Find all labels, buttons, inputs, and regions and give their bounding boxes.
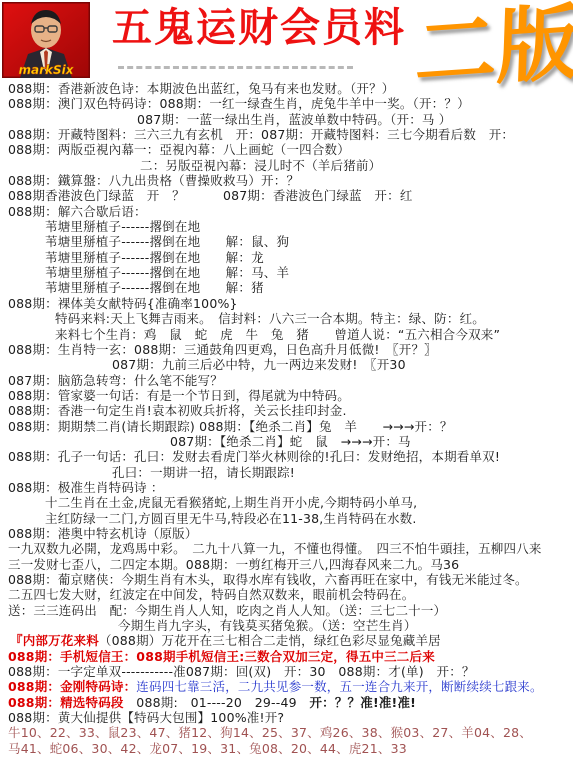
- text-segment: 088期: 01----20 29--49: [124, 695, 310, 710]
- text-line: 088期香港波色门绿蓝 开 ？ 087期：香港波色门绿蓝 开：红: [0, 188, 573, 203]
- text-segment: 连码四七靠三活，二九共见参一数，五一连合九来开，断断续续七跟来。: [136, 679, 542, 694]
- text-line: 088期：两版亞視內幕一：亞視內幕：八上画蛇（一四合数）: [0, 142, 573, 157]
- text-line: 孔曰：一期讲一招，请长期跟踪!: [0, 465, 573, 480]
- text-segment: 牛10、22、33、鼠23、47、猪12、狗14、25、37、鸡26、38、猴0…: [8, 725, 532, 740]
- text-line: 马41、蛇06、30、42、龙07、19、31、兔08、20、44、虎21、33: [0, 741, 573, 756]
- text-line: 087期：九前三后必中特，九一两边来发财! 〖开30: [0, 357, 573, 372]
- text-line: 088期：开藏特图料：三六三九有玄机 开：087期：开藏特图料：三七今期看后数 …: [0, 127, 573, 142]
- text-segment: 088期：期期禁二肖(请长期跟踪) 088期：【绝杀二肖】兔 羊 →→→开：？: [8, 419, 453, 434]
- text-line: 088期：香港一句定生肖!袁本初败兵折将，关云长挂印封金.: [0, 403, 573, 418]
- text-line: 088期：生肖特一玄：088期：三通鼓角四更鸡，日色高升月低微! 〖开？〗: [0, 342, 573, 357]
- text-line: 088期：解六合歇后语：: [0, 204, 573, 219]
- text-line: 088期：葡京赌侠：今期生肖有木头，取得水库有钱收，六畜再旺在家中，有钱无米能过…: [0, 572, 573, 587]
- text-segment: 今期生肖九字头，有钱莫买猪兔猴。（送：空芒生肖）: [118, 618, 417, 633]
- text-line: 牛10、22、33、鼠23、47、猪12、狗14、25、37、鸡26、38、猴0…: [0, 725, 573, 740]
- text-line: 苇塘里掰植子------撂倒在地 解：马、羊: [0, 265, 573, 280]
- text-line: 087期：【绝杀二肖】蛇 鼠 →→→开：马: [0, 434, 573, 449]
- text-line: 主红防绿一二门,方圆百里无牛马,特段必在11-38,生肖特码在水数.: [0, 511, 573, 526]
- text-segment: 088期：生肖特一玄：088期：三通鼓角四更鸡，日色高升月低微! 〖开？〗: [8, 342, 437, 357]
- text-line: 特码来料:天上飞舞吉雨来。 信封料：八六三一合本期。特主：绿、防：红。: [0, 311, 573, 326]
- page-title: 五鬼运财会员料: [112, 4, 406, 52]
- text-line: 二：另版亞視內幕：浸儿时不（羊后猪前）: [0, 158, 573, 173]
- text-line: 088期：一字定单双-----------准087期：回(双) 开：30 088…: [0, 664, 573, 679]
- text-segment: 088期：香港一句定生肖!袁本初败兵折将，关云长挂印封金.: [8, 403, 347, 418]
- text-segment: 087期：脑筋急转弯：什么笔不能写？: [8, 373, 223, 388]
- text-segment: 苇塘里掰植子------撂倒在地 解：猪: [45, 280, 264, 295]
- text-line: 来料七个生肖：鸡 鼠 蛇 虎 牛 兔 猪 曾道人说：“五六相合今双来”: [0, 327, 573, 342]
- text-line: 088期：港奥中特玄机诗（原版）: [0, 526, 573, 541]
- text-segment: 088期：两版亞視內幕一：亞視內幕：八上画蛇（一四合数）: [8, 142, 350, 157]
- text-segment: 087期：【绝杀二肖】蛇 鼠 →→→开：马: [170, 434, 411, 449]
- text-segment: 087期：九前三后必中特，九一两边来发财! 〖开30: [112, 357, 406, 372]
- text-line: 088期：黄大仙提供【特码大包围】100%准!开?: [0, 710, 573, 725]
- text-line: 苇塘里掰植子------撂倒在地 解：猪: [0, 280, 573, 295]
- text-segment: 马41、蛇06、30、42、龙07、19、31、兔08、20、44、虎21、33: [8, 741, 407, 756]
- text-segment: 088期：黄大仙提供【特码大包围】100%准!开?: [8, 710, 284, 725]
- photo-caption: markSix: [19, 63, 75, 77]
- text-line: 088期：鐵算盤：八九出贵格（曹操败救马）开：？: [0, 173, 573, 188]
- text-line: 今期生肖九字头，有钱莫买猪兔猴。（送：空芒生肖）: [0, 618, 573, 633]
- text-segment: 087期：一蓝一绿出生肖，蓝波单数中特码。（开：马 ）: [137, 112, 451, 127]
- text-line: 087期：一蓝一绿出生肖，蓝波单数中特码。（开：马 ）: [0, 112, 573, 127]
- text-line: 088期：裸体美女献特码{准确率100%}: [0, 296, 573, 311]
- tip-sheet-page: markSix 五鬼运财会员料 二版 088期：香港新波色诗：本期波色出蓝红，兔…: [0, 0, 573, 757]
- text-segment: 十二生肖在土金,虎鼠无看猴猪蛇,上期生肖开小虎,今期特码小单马,: [45, 495, 417, 510]
- text-line: 苇塘里掰植子------撂倒在地 解：鼠、狗: [0, 234, 573, 249]
- text-line: 088期：极准生肖特码诗 ：: [0, 480, 573, 495]
- text-segment: 088期：一字定单双-----------准087期：回(双) 开：30 088…: [8, 664, 475, 679]
- text-segment: （088期）万花开在三七相合二走悄，绿红色彩尽显兔藏羊居: [99, 633, 441, 648]
- text-line: 088期：澳门双色特码诗：088期：一红一绿查生肖，虎兔牛羊中一奖。（开：？）: [0, 96, 573, 111]
- text-line: 苇塘里掰植子------撂倒在地 解：龙: [0, 250, 573, 265]
- text-line: 088期：金刚特码诗：连码四七靠三活，二九共见参一数，五一连合九来开，断断续续七…: [0, 679, 573, 694]
- text-segment: 088期：裸体美女献特码{准确率100%}: [8, 296, 238, 311]
- text-segment: 088期：手机短信王：: [8, 649, 136, 664]
- title-underline: [118, 66, 353, 69]
- text-line: 088期：香港新波色诗：本期波色出蓝红，兔马有来也发财。（开？）: [0, 81, 573, 96]
- text-segment: 二：另版亞視內幕：浸儿时不（羊后猪前）: [140, 158, 381, 173]
- text-segment: 088期：管家婆一句话：有是一个节日到，得尾就为中特码。: [8, 388, 350, 403]
- text-segment: 088期香港波色门绿蓝 开 ？ 087期：香港波色门绿蓝 开：红: [8, 188, 413, 203]
- text-segment: 088期：开藏特图料：三六三九有玄机 开：087期：开藏特图料：三七今期看后数 …: [8, 127, 514, 142]
- text-segment: 088期：港奥中特玄机诗（原版）: [8, 526, 198, 541]
- text-line: 087期：脑筋急转弯：什么笔不能写？: [0, 373, 573, 388]
- text-segment: 088期：香港新波色诗：本期波色出蓝红，兔马有来也发财。（开？）: [8, 81, 395, 96]
- text-segment: 来料七个生肖：鸡 鼠 蛇 虎 牛 兔 猪 曾道人说：“五六相合今双来”: [55, 327, 500, 342]
- content-lines: 088期：香港新波色诗：本期波色出蓝红，兔马有来也发财。（开？）088期：澳门双…: [0, 81, 573, 756]
- text-segment: 苇塘里掰植子------撂倒在地 解：龙: [45, 250, 264, 265]
- text-line: 088期：手机短信王：088期手机短信王:三数合双加三定，得五中三二后来: [0, 649, 573, 664]
- text-segment: 主红防绿一二门,方圆百里无牛马,特段必在11-38,生肖特码在水数.: [45, 511, 417, 526]
- text-line: 088期：孔子一句话：孔曰：发财去看虎门举火林则徐的!孔曰：发财绝招，本期看单双…: [0, 449, 573, 464]
- text-segment: 088期手机短信王:三数合双加三定，得五中三二后来: [136, 649, 435, 664]
- text-segment: 苇塘里掰植子------撂倒在地 解：鼠、狗: [45, 234, 289, 249]
- text-segment: 088期：孔子一句话：孔曰：发财去看虎门举火林则徐的!孔曰：发财绝招，本期看单双…: [8, 449, 500, 464]
- text-line: 088期：精选特码段 088期: 01----20 29--49 开：？？准!准…: [0, 695, 573, 710]
- text-line: 送：三三连码出 配：今期生肖人人知，吃肉之肖人人知。（送：三七二十一）: [0, 603, 573, 618]
- text-segment: 088期：精选特码段: [8, 695, 124, 710]
- text-segment: 苇塘里掰植子------撂倒在地: [45, 219, 200, 234]
- text-segment: 苇塘里掰植子------撂倒在地 解：马、羊: [45, 265, 289, 280]
- text-segment: 088期：金刚特码诗：: [8, 679, 136, 694]
- text-segment: 一九双数九必開，龙鸡馬中彩。 二九十八算一九，不懂也得懂。 四三不怕牛頭挂，五柳…: [8, 541, 542, 556]
- text-segment: 三一发财七歪八，二四定本期。088期：一剪红梅开三八,四海春风来二九。马36: [8, 557, 459, 572]
- text-line: 088期：期期禁二肖(请长期跟踪) 088期：【绝杀二肖】兔 羊 →→→开：？: [0, 419, 573, 434]
- text-segment: 088期：解六合歇后语：: [8, 204, 147, 219]
- text-segment: 开：？？准!准!准!: [309, 695, 416, 710]
- text-line: 三一发财七歪八，二四定本期。088期：一剪红梅开三八,四海春风来二九。马36: [0, 557, 573, 572]
- text-line: 一九双数九必開，龙鸡馬中彩。 二九十八算一九，不懂也得懂。 四三不怕牛頭挂，五柳…: [0, 541, 573, 556]
- text-line: 『内部万花来料（088期）万花开在三七相合二走悄，绿红色彩尽显兔藏羊居: [0, 633, 573, 648]
- text-segment: 孔曰：一期讲一招，请长期跟踪!: [112, 465, 295, 480]
- member-photo: markSix: [2, 2, 90, 78]
- text-segment: 『内部万花来料: [10, 633, 99, 648]
- text-segment: 088期：极准生肖特码诗 ：: [8, 480, 164, 495]
- text-line: 十二生肖在土金,虎鼠无看猴猪蛇,上期生肖开小虎,今期特码小单马,: [0, 495, 573, 510]
- text-segment: 088期：鐵算盤：八九出贵格（曹操败救马）开：？: [8, 173, 299, 188]
- text-segment: 088期：葡京赌侠：今期生肖有木头，取得水库有钱收，六畜再旺在家中，有钱无米能过…: [8, 572, 528, 587]
- text-line: 二五四七发大财，红波定在中间发，特码自然双数来，眼前机会特码在。: [0, 587, 573, 602]
- text-segment: 088期：澳门双色特码诗：088期：一红一绿查生肖，虎兔牛羊中一奖。（开：？）: [8, 96, 470, 111]
- text-line: 088期：管家婆一句话：有是一个节日到，得尾就为中特码。: [0, 388, 573, 403]
- text-segment: 送：三三连码出 配：今期生肖人人知，吃肉之肖人人知。（送：三七二十一）: [8, 603, 446, 618]
- text-line: 苇塘里掰植子------撂倒在地: [0, 219, 573, 234]
- text-segment: 二五四七发大财，红波定在中间发，特码自然双数来，眼前机会特码在。: [8, 587, 414, 602]
- text-segment: 特码来料:天上飞舞吉雨来。 信封料：八六三一合本期。特主：绿、防：红。: [55, 311, 485, 326]
